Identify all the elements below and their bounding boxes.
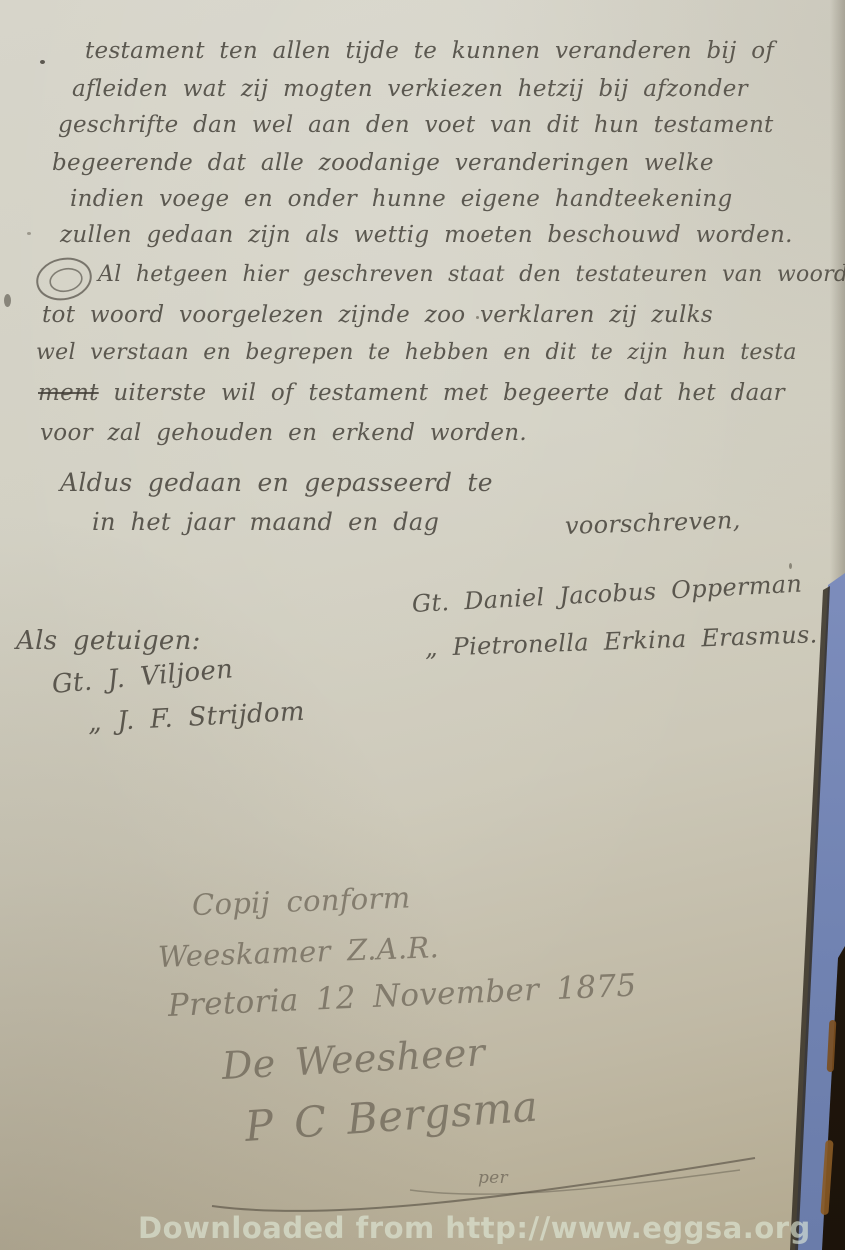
certification-copij-conform: Copij conform (191, 880, 411, 922)
manuscript-line-9: wel verstaan en begrepen te hebben en di… (36, 340, 797, 365)
testator-signature-2: „ Pietronella Erkina Erasmus. (425, 620, 818, 662)
weesheer-title: De Weesheer (221, 1030, 486, 1088)
closing-line-1: Aldus gedaan en gepasseerd te (60, 468, 493, 497)
manuscript-line-10: ment uiterste wil of testament met begee… (38, 380, 785, 406)
manuscript-line-1: testament ten allen tijde te kunnen vera… (85, 38, 774, 64)
page-edge-shadow (830, 0, 845, 610)
manuscript-line-2: afleiden wat zij mogten verkiezen hetzij… (72, 76, 748, 102)
manuscript-line-6: zullen gedaan zijn als wettig moeten bes… (60, 222, 793, 248)
manuscript-line-5: indien voege en onder hunne eigene handt… (70, 186, 733, 212)
struck-word: ment (38, 380, 99, 406)
witness-signature-1: Gt. J. Viljoen (51, 654, 235, 700)
paper-speck (789, 563, 792, 569)
certification-weeskamer: Weeskamer Z.A.R. (157, 930, 439, 974)
manuscript-line-8: tot woord voorgelezen zijnde zoo verklar… (42, 302, 713, 328)
paragraph-flourish-icon (28, 250, 102, 308)
manuscript-line-4: begeerende dat alle zoodanige veranderin… (52, 150, 714, 176)
manuscript-line-3: geschrifte dan wel aan den voet van dit … (58, 112, 774, 138)
watermark-text: Downloaded from http://www.eggsa.org (138, 1211, 811, 1245)
testator-signature-1: Gt. Daniel Jacobus Opperman (411, 570, 802, 618)
witnesses-heading: Als getuigen: (16, 626, 201, 656)
paper-speck (40, 60, 45, 64)
paper-speck (27, 232, 31, 235)
manuscript-line-7: Al hetgeen hier geschreven staat den tes… (98, 262, 845, 287)
closing-voorschreven: voorschreven, (565, 506, 741, 540)
paper-speck (4, 294, 11, 307)
paper-speck (476, 316, 479, 319)
manuscript-line-10-rest: uiterste wil of testament met begeerte d… (113, 380, 785, 406)
manuscript-line-11: voor zal gehouden en erkend worden. (40, 420, 527, 446)
signature-note: per (478, 1168, 508, 1188)
certification-place-date: Pretoria 12 November 1875 (167, 968, 637, 1024)
scanned-document-page: testament ten allen tijde te kunnen vera… (0, 0, 845, 1250)
closing-line-2: in het jaar maand en dag (92, 508, 439, 536)
witness-signature-2: „ J. F. Strijdom (87, 697, 305, 738)
weesheer-signature: P C Bergsma (243, 1082, 539, 1151)
